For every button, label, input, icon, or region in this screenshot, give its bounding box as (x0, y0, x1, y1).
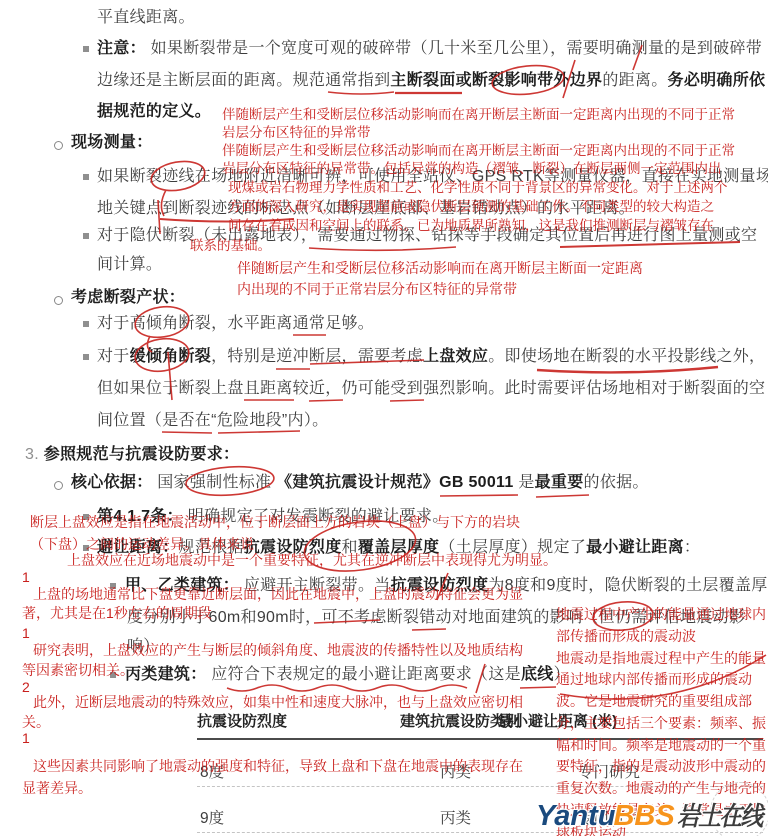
red-annotation: 1 (22, 625, 30, 643)
text-line: 注意： 如果断裂带是一个宽度可观的破碎带（几十米至几公里），需要明确测量的是到破… (97, 39, 762, 59)
text-line: 对于高倾角断裂，水平距离通常足够。 (97, 314, 374, 334)
text-segment: 据规范的定义。 (97, 103, 211, 120)
red-annotation: 2 (22, 679, 30, 697)
red-annotation: 地震动是指地震过程中产生的能量 (556, 650, 766, 668)
watermark-bbs-text: BBS (613, 800, 674, 832)
document-canvas: YantuBBS岩土在线 平直线距离。注意： 如果断裂带是一个宽度可观的破碎带（… (0, 0, 768, 836)
red-annotation: （下盘）之间的运动差异。具体来说 (30, 536, 254, 554)
pen-underline-mark (536, 495, 589, 497)
text-segment: 是 (514, 474, 535, 491)
pen-wavy-underline-mark (227, 685, 467, 691)
red-annotation: 伴随断层产生和受断层位移活动影响而在离开断层主断面一定距离内出现的不同于正常 (222, 107, 735, 124)
text-segment: 的依据。 (584, 474, 649, 491)
square-bullet-icon (83, 233, 89, 239)
text-line: 据规范的定义。 (97, 102, 211, 122)
square-bullet-icon (83, 354, 89, 360)
square-bullet-icon (83, 321, 89, 327)
red-annotation: 上盘效应在近场地震动中是一个重要特征，尤其在逆冲断层中表现得尤为明显。 (67, 552, 557, 570)
table-cell: 丙类 (440, 806, 471, 828)
red-annotation: 现煤或岩石物理力学性质和工艺、化学性质不同于背景区的异常变化。对于上述两个 (228, 180, 728, 197)
text-line: 现场测量： (71, 133, 153, 153)
text-line: 但如果位于断裂上盘且距离较近，仍可能受到强烈影响。此时需要评估场地相对于断裂面的… (97, 379, 765, 399)
text-segment: 缓倾角断裂 (130, 348, 212, 365)
text-line: 3. 参照规范与抗震设防要求： (25, 445, 239, 465)
circle-bullet-icon (54, 141, 63, 150)
text-line: 间计算。 (97, 255, 162, 275)
text-segment: 务必明确所依 (668, 72, 766, 89)
text-segment: 3. (25, 446, 44, 463)
pen-underline-mark (309, 400, 343, 401)
red-annotation: 部传播而形成的震动波 (556, 628, 696, 646)
red-annotation: 1 (22, 730, 30, 748)
text-line: 间位置（是否在“危险地段”内）。 (97, 411, 328, 431)
watermark-yantu-text: Yantu (536, 800, 615, 832)
document-page: { "colors":{ "text":"#3d3d3d","bold_text… (0, 0, 768, 836)
text-line: 考虑断裂产状： (71, 288, 185, 308)
text-segment: 间计算。 (97, 256, 162, 273)
text-segment: 最重要 (535, 474, 584, 491)
red-annotation: 岩层分布区特征的异常带。包括异常的构造（褶皱、断裂）在断层两侧一定范围内出 (222, 161, 722, 178)
red-annotation: 内出现的不同于正常岩层分布区特征的异常带 (237, 281, 517, 299)
pen-underline-mark (412, 629, 446, 630)
text-segment: ： (684, 539, 700, 556)
red-annotation: 上盘的场地通常比下盘更靠近断层面，因此在地震中，上盘的震动特征会更为显 (33, 586, 523, 604)
pen-underline-mark (309, 247, 456, 250)
pen-underline-mark (390, 400, 424, 401)
pen-underline-mark (537, 367, 718, 372)
red-annotation: 研究表明，上盘效应的产生与断层的倾斜角度、地震波的传播特性以及地质结构 (33, 642, 523, 660)
text-segment: 平直线距离。 (97, 9, 195, 26)
text-line: 核心依据： 国家强制性标准 《建筑抗震设计规范》GB 50011 是最重要的依据… (71, 473, 649, 493)
red-annotation: 岩层分布区特征的异常带 (222, 125, 371, 142)
text-line: 平直线距离。 (97, 8, 195, 28)
watermark: YantuBBS岩土在线 (536, 796, 768, 833)
text-segment: 核心依据： (71, 474, 153, 491)
circle-bullet-icon (54, 481, 63, 490)
red-annotation: 这些因素共同影响了地震动的强度和特征，导致上盘和下盘在地震中的表现存在 (33, 758, 523, 776)
pen-underline-mark (162, 432, 212, 433)
red-annotation: 伴随断层产生和受断层位移活动影响而在离开断层主断面一定距离 (237, 260, 643, 278)
text-segment: 对于 (97, 348, 130, 365)
text-segment: 现场测量： (71, 134, 153, 151)
text-segment: 的距离。 (602, 72, 667, 89)
text-segment: 注意： (97, 40, 146, 57)
red-annotation: 断层上盘效应是指在地震活动中，位于断层面上方的岩块（上盘）与下方的岩块 (30, 514, 520, 532)
text-segment: 但如果位于断裂上盘且距离较近，仍可能受到强烈影响。此时需要评估场地相对于断裂面的… (97, 380, 765, 397)
red-annotation: 地震过程中产生的能量通过地球内 (556, 606, 766, 624)
text-line: 丙类建筑： 应符合下表规定的最小避让距离要求（这是底线） (125, 665, 570, 685)
table-cell: 9度 (200, 806, 224, 828)
red-annotation: 波。它是地震研究的重要组成部 (556, 693, 752, 711)
red-annotation: 关。 (22, 714, 50, 732)
text-segment: 考虑断裂产状： (71, 289, 185, 306)
red-annotation: 1 (22, 569, 30, 587)
text-segment: 对于高倾角断裂，水平距离通常足够。 (97, 315, 374, 332)
text-segment: 丙类建筑： (125, 666, 207, 683)
watermark-chinese-text: 岩土在线 (677, 796, 761, 833)
red-annotation: 要特征，指的是震动波形中震动的 (556, 758, 766, 776)
red-annotation: 间存在着成因和空间上的联系。已为地质界所熟知，这是我们推测断层与褶皱存在 (228, 218, 714, 235)
text-segment: 《建筑抗震设计规范》GB 50011 (276, 474, 513, 491)
text-segment: ，特别是逆冲断层，需要考虑 (211, 348, 423, 365)
text-segment: 国家强制性标准 (153, 474, 277, 491)
red-annotation: 著，尤其是在1秒左右的周期段 (22, 605, 212, 623)
text-segment: 如果断裂带是一个宽度可观的破碎带（几十米至几公里），需要明确测量的是到破碎带 (146, 40, 762, 57)
text-line: 对于缓倾角断裂，特别是逆冲断层，需要考虑上盘效应。即使场地在断裂的水平投影线之外… (97, 347, 765, 367)
red-annotation: 联系的基础。 (190, 238, 271, 255)
text-segment: 间位置（是否在“危险地段”内）。 (97, 412, 328, 429)
red-annotation: 等因素密切相关。 (22, 662, 134, 680)
text-segment: 上盘效应 (423, 348, 488, 365)
text-segment: 参照规范与抗震设防要求： (44, 446, 240, 463)
text-segment: 应符合下表规定的最小避让距离要求（这是 (207, 666, 521, 683)
text-line: 边缘还是主断层面的距离。规范通常指到主断裂面或断裂影响带外边界的距离。务必明确所… (97, 71, 765, 91)
red-annotation: 伴随断层产生和受断层位移活动影响而在离开断层主断面一定距离内出现的不同于正常 (222, 143, 735, 160)
text-segment: 底线 (521, 666, 554, 683)
red-annotation: 此外，近断层地震动的特殊效应，如集中性和速度大脉冲，也与上盘效应密切相 (33, 694, 523, 712)
red-annotation: 方面的深入研究，是实现超前或隐伏断层预测的基础工作。不同类型的较大构造之 (228, 199, 714, 216)
text-segment: 最小避让距离 (586, 539, 684, 556)
circle-bullet-icon (54, 296, 63, 305)
pen-underline-mark (520, 687, 556, 688)
square-bullet-icon (83, 174, 89, 180)
square-bullet-icon (83, 46, 89, 52)
text-segment: 。即使场地在断裂的水平投影线之外， (488, 348, 765, 365)
pen-underline-mark (328, 92, 394, 94)
table-header-cell: 抗震设防烈度 (197, 710, 287, 731)
text-segment: 主断裂面或断裂影响带外边界 (390, 72, 602, 89)
text-segment: 为8度和9度时，隐伏断裂的土层覆盖厚 (488, 577, 767, 594)
pen-underline-mark (440, 495, 518, 496)
red-annotation: 分，主要包括三个要素：频率、振 (556, 715, 766, 733)
red-annotation: 显著差异。 (22, 780, 92, 798)
red-annotation: 幅和时间。频率是地震动的一个重 (556, 737, 766, 755)
red-annotation: 通过地球内部传播而形成的震动 (556, 671, 752, 689)
text-segment: 边缘还是主断层面的距离。规范通常指到 (97, 72, 390, 89)
pen-underline-mark (218, 431, 300, 433)
